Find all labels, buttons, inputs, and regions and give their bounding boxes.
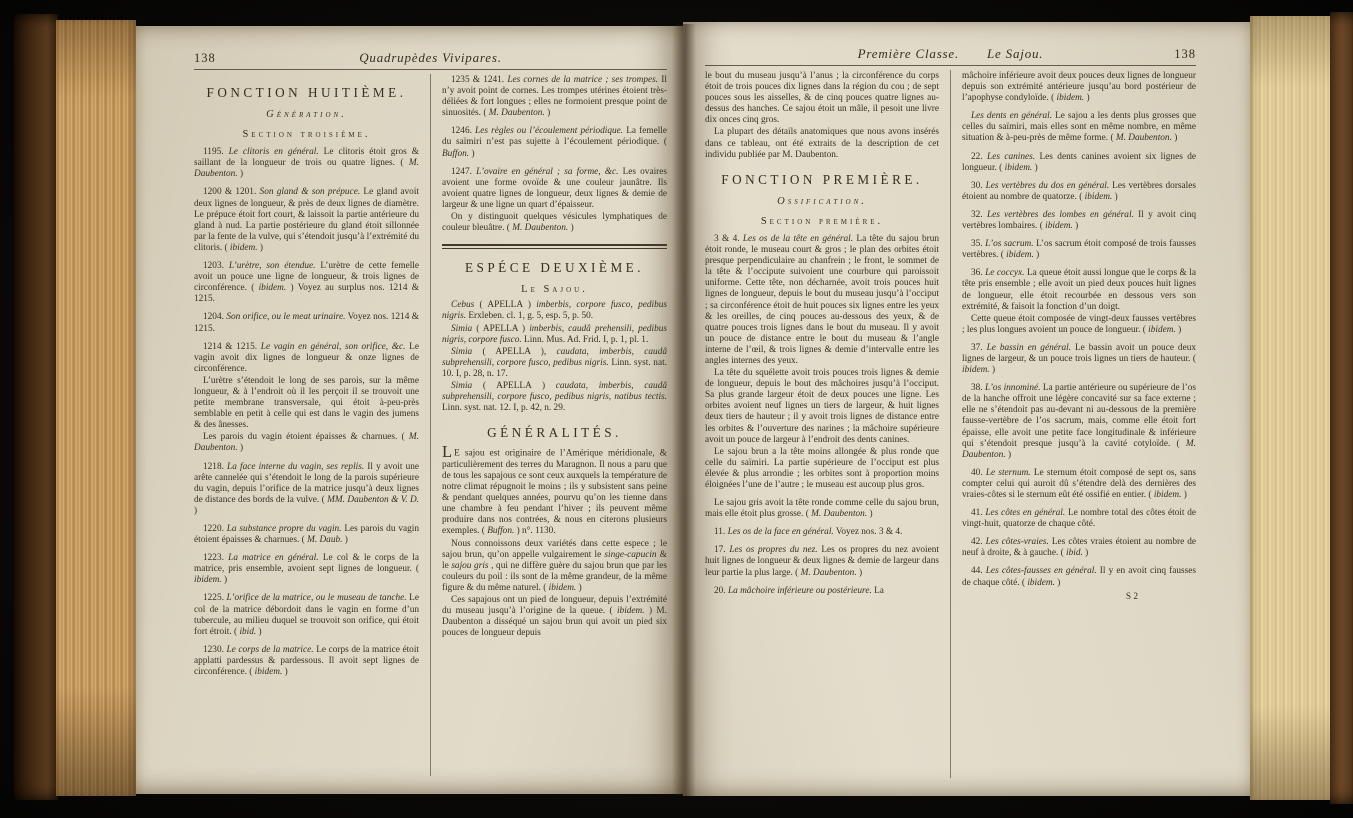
- bibliographic-citation: Simia ( APELLA ), caudata, imberbis, cau…: [442, 347, 667, 380]
- section-heading: FONCTION PREMIÈRE.: [705, 172, 939, 187]
- left-page-number: 138: [194, 51, 238, 66]
- left-page-column-2: 1235 & 1241. Les cornes de la matrice ; …: [430, 74, 667, 776]
- paragraph: LE sajou est originaire de l’Amérique mé…: [442, 447, 667, 537]
- paragraph: 1246. Les règles ou l’écoulement périodi…: [442, 126, 667, 159]
- paragraph: 1247. L’ovaire en général ; sa forme, &c…: [442, 167, 667, 211]
- right-cover-board: [1330, 12, 1353, 804]
- right-page-edges: [1250, 16, 1330, 800]
- paragraph: 20. La mâchoire inférieure ou postérieur…: [705, 586, 939, 597]
- paragraph: 30. Les vertèbres du dos en général. Les…: [962, 181, 1196, 203]
- section-heading: ESPÉCE DEUXIÈME.: [442, 260, 667, 275]
- paragraph: Le sajou brun a la tête moins allongée &…: [705, 447, 939, 491]
- right-page-column-2: mâchoire inférieure avoit deux pouces de…: [950, 70, 1196, 778]
- subsection-heading: Section troisième.: [194, 129, 419, 140]
- paragraph: 1230. Le corps de la matrice. Le corps d…: [194, 645, 419, 678]
- paragraph: Cette queue étoit composée de vingt-deux…: [962, 314, 1196, 336]
- left-page-edges: [56, 20, 136, 796]
- paragraph: 38. L’os innominé. La partie antérieure …: [962, 383, 1196, 461]
- photo-background: 138 Quadrupèdes Vivipares. FONCTION HUIT…: [0, 0, 1353, 818]
- running-title-class: Première Classe.: [858, 46, 959, 61]
- paragraph: 3 & 4. Les os de la tête en général. La …: [705, 234, 939, 367]
- bibliographic-citation: Cebus ( APELLA ) imberbis, corpore fusco…: [442, 300, 667, 322]
- paragraph: Ces sapajous ont un pied de longueur, de…: [442, 595, 667, 639]
- right-page-number: 138: [1152, 47, 1196, 62]
- bibliographic-citation: Simia ( APELLA ) imberbis, caudâ prehens…: [442, 324, 667, 346]
- paragraph: 1220. La substance propre du vagin. Les …: [194, 524, 419, 546]
- paragraph: 42. Les côtes-vraies. Les côtes vraies é…: [962, 537, 1196, 559]
- running-title-species: Le Sajou.: [987, 46, 1043, 61]
- paragraph: L’urètre s’étendoit le long de ses paroi…: [194, 376, 419, 431]
- paragraph: 1200 & 1201. Son gland & son prépuce. Le…: [194, 187, 419, 254]
- paragraph: 1235 & 1241. Les cornes de la matrice ; …: [442, 75, 667, 119]
- paragraph: On y distinguoit quelques vésicules lymp…: [442, 212, 667, 234]
- drop-cap-initial: L: [442, 442, 454, 461]
- left-cover-board: [14, 14, 58, 800]
- paragraph: Le sajou gris avoit la tête ronde comme …: [705, 498, 939, 520]
- left-page-header: 138 Quadrupèdes Vivipares.: [194, 50, 667, 70]
- left-page-text-block: FONCTION HUITIÈME.Génération.Section tro…: [194, 72, 667, 776]
- left-running-title: Quadrupèdes Vivipares.: [238, 50, 623, 66]
- left-page: 138 Quadrupèdes Vivipares. FONCTION HUIT…: [136, 26, 683, 794]
- paragraph: Nous connoissons deux variétés dans cett…: [442, 539, 667, 594]
- right-page-text-block: le bout du museau jusqu’à l’anus ; la ci…: [705, 68, 1196, 778]
- paragraph: le bout du museau jusqu’à l’anus ; la ci…: [705, 71, 939, 126]
- left-page-column-1: FONCTION HUITIÈME.Génération.Section tro…: [194, 74, 430, 776]
- right-page-column-1: le bout du museau jusqu’à l’anus ; la ci…: [705, 70, 950, 778]
- subsection-heading-italic: Génération.: [194, 109, 419, 120]
- open-book: 138 Quadrupèdes Vivipares. FONCTION HUIT…: [12, 6, 1350, 812]
- paragraph: 1218. La face interne du vagin, ses repl…: [194, 462, 419, 517]
- paragraph: 1195. Le clitoris en général. Le clitori…: [194, 147, 419, 180]
- paragraph: 1223. La matrice en général. Le col & le…: [194, 553, 419, 586]
- subsection-heading: Section première.: [705, 216, 939, 227]
- paragraph: 1204. Son orifice, ou le meat urinaire. …: [194, 312, 419, 334]
- paragraph: La tête du squélette avoit trois pouces …: [705, 368, 939, 446]
- paragraph: La plupart des détails anatomiques que n…: [705, 127, 939, 160]
- section-heading: GÉNÉRALITÉS.: [442, 425, 667, 440]
- paragraph: 40. Le sternum. Le sternum étoit composé…: [962, 468, 1196, 501]
- subsection-heading-italic: Ossification.: [705, 196, 939, 207]
- subsection-heading: Le Sajou.: [442, 284, 667, 295]
- right-running-title: Première Classe.Le Sajou.: [749, 46, 1152, 62]
- paragraph: mâchoire inférieure avoit deux pouces de…: [962, 71, 1196, 104]
- paragraph: Les parois du vagin étoient épaisses & c…: [194, 432, 419, 454]
- paragraph: 17. Les os propres du nez. Les os propre…: [705, 545, 939, 578]
- paragraph: Les dents en général. Le sajou a les den…: [962, 111, 1196, 144]
- signature-mark: S 2: [962, 592, 1196, 603]
- paragraph: 35. L’os sacrum. L’os sacrum étoit compo…: [962, 239, 1196, 261]
- paragraph: 37. Le bassin en général. Le bassin avoi…: [962, 343, 1196, 376]
- paragraph: 22. Les canines. Les dents canines avoie…: [962, 152, 1196, 174]
- paragraph: 11. Les os de la face en général. Voyez …: [705, 527, 939, 538]
- paragraph: 1203. L’urètre, son étendue. L’urètre de…: [194, 261, 419, 305]
- paragraph: 1214 & 1215. Le vagin en général, son or…: [194, 342, 419, 375]
- double-rule: [442, 244, 667, 249]
- section-heading: FONCTION HUITIÈME.: [194, 85, 419, 100]
- paragraph: 1225. L’orifice de la matrice, ou le mus…: [194, 593, 419, 637]
- paragraph: 41. Les côtes en général. Le nombre tota…: [962, 508, 1196, 530]
- paragraph: 44. Les côtes-fausses en général. Il y e…: [962, 566, 1196, 588]
- right-page: Première Classe.Le Sajou. 138 le bout du…: [683, 22, 1250, 796]
- right-page-header: Première Classe.Le Sajou. 138: [705, 46, 1196, 66]
- paragraph: 32. Les vertèbres des lombes en général.…: [962, 210, 1196, 232]
- paragraph: 36. Le coccyx. La queue étoit aussi long…: [962, 268, 1196, 312]
- bibliographic-citation: Simia ( APELLA ) caudata, imberbis, caud…: [442, 381, 667, 414]
